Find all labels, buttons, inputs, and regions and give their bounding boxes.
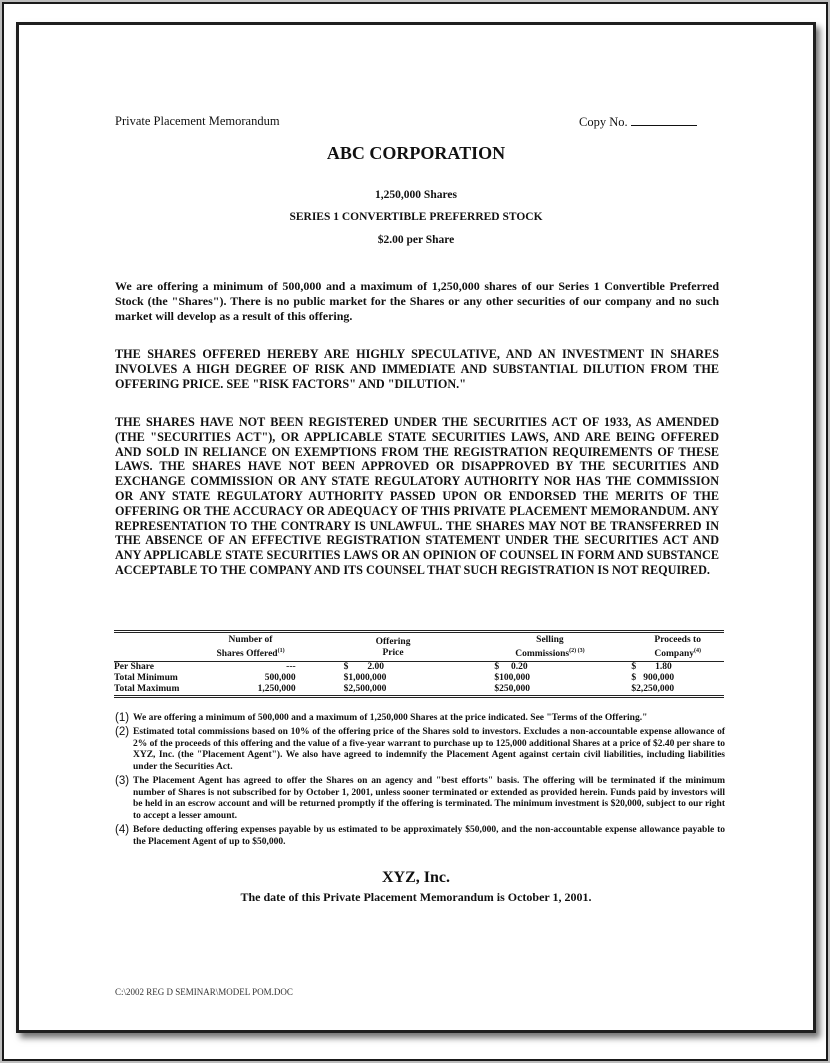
offering-table: Number ofShares Offered(1) OfferingPrice… — [114, 630, 724, 698]
file-path-footer: C:\2002 REG D SEMINAR\MODEL POM.DOC — [115, 987, 293, 997]
table-row: Total Minimum 500,000 $1,000,000 $100,00… — [114, 673, 724, 684]
memorandum-date: The date of this Private Placement Memor… — [19, 890, 813, 905]
copy-number-field: Copy No. — [579, 114, 697, 130]
table-row: Per Share --- $ 2.00 $ 0.20 $ 1.80 — [114, 662, 724, 674]
document-type-label: Private Placement Memorandum — [115, 114, 280, 129]
share-count: 1,250,000 Shares — [19, 189, 813, 201]
table-header-shares: Number ofShares Offered(1) — [205, 632, 307, 662]
share-price: $2.00 per Share — [19, 234, 813, 246]
document-page: Private Placement Memorandum Copy No. AB… — [16, 22, 816, 1033]
footnote-1: (1) We are offering a minimum of 500,000… — [115, 713, 725, 725]
table-header-price: OfferingPrice — [308, 632, 443, 662]
copy-number-label: Copy No. — [579, 115, 628, 129]
table-header-blank — [114, 632, 205, 662]
risk-warning-paragraph: THE SHARES OFFERED HEREBY ARE HIGHLY SPE… — [115, 347, 719, 391]
footnote-3: (3) The Placement Agent has agreed to of… — [115, 776, 725, 822]
table-row: Total Maximum 1,250,000 $2,500,000 $250,… — [114, 684, 724, 697]
footnote-4: (4) Before deducting offering expenses p… — [115, 825, 725, 848]
table-header-proceeds: Proceeds toCompany(4) — [605, 632, 724, 662]
placement-agent-name: XYZ, Inc. — [19, 869, 813, 887]
registration-disclaimer-paragraph: THE SHARES HAVE NOT BEEN REGISTERED UNDE… — [115, 415, 719, 578]
copy-number-blank — [631, 114, 697, 126]
table-header-commissions: SellingCommissions(2) (3) — [442, 632, 605, 662]
stock-series: SERIES 1 CONVERTIBLE PREFERRED STOCK — [19, 211, 813, 223]
table-header-row: Number ofShares Offered(1) OfferingPrice… — [114, 632, 724, 662]
footnote-2: (2) Estimated total commissions based on… — [115, 727, 725, 773]
offering-summary-paragraph: We are offering a minimum of 500,000 and… — [115, 279, 719, 323]
company-title: ABC CORPORATION — [19, 143, 813, 164]
